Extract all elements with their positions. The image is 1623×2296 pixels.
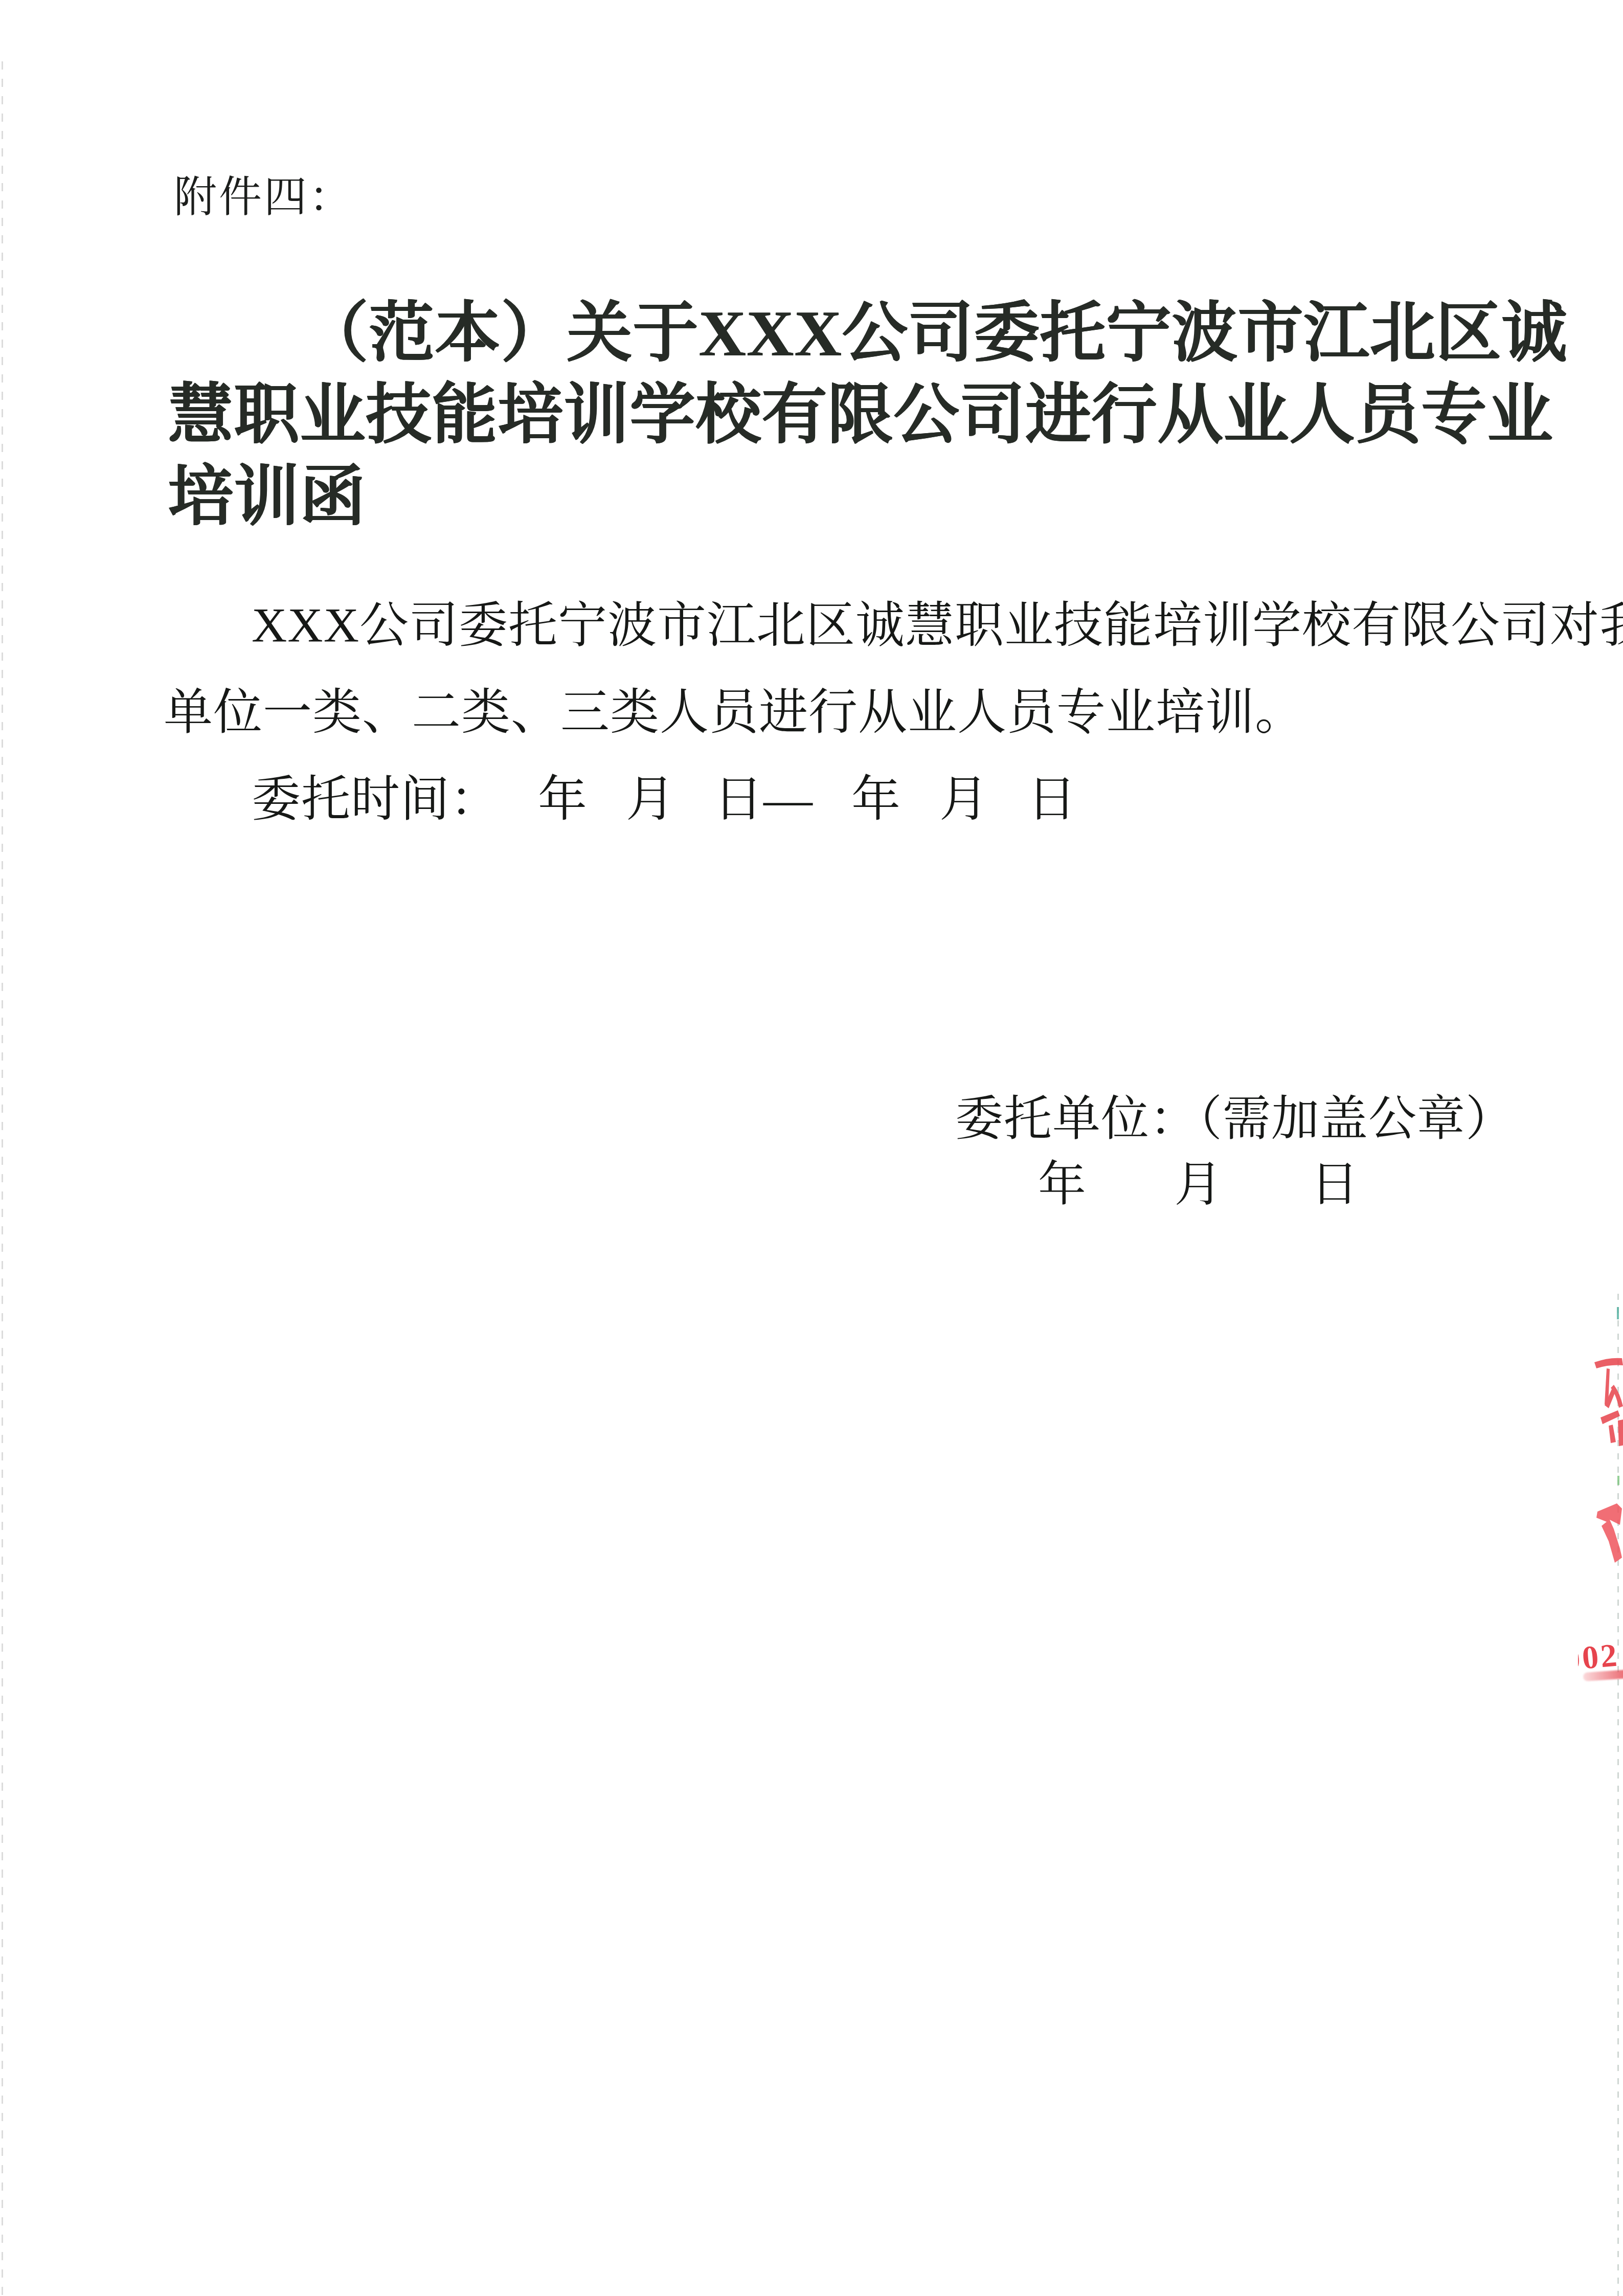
document-title-line-3: 培训函 [168,444,366,538]
scan-edge-line-left [2,61,3,2296]
attachment-label: 附件四： [174,163,354,224]
scanned-document-page: 附件四： （范本）关于XXX公司委托宁波市江北区诚 慧职业技能培训学校有限公司进… [0,0,1623,2296]
body-paragraph-line-1: XXX公司委托宁波市江北区诚慧职业技能培训学校有限公司对我 [252,586,1623,656]
body-paragraph-line-2: 单位一类、二类、三类人员进行从业人员专业培训。 [164,673,1304,743]
seal-digit-clip-mask [1552,1631,1578,1677]
scan-artifact-green-dash [1617,1476,1619,1485]
document-title-line-2: 慧职业技能培训学校有限公司进行从业人员专业 [168,362,1553,456]
signature-date-line: 年 月 日 [1038,1145,1359,1214]
seal-character-fragment-icon [1593,1355,1623,1451]
document-title-line-1: （范本）关于XXX公司委托宁波市江北区诚 [303,280,1567,374]
commission-time-line: 委托时间： 年 月 日— 年 月 日 [252,760,1077,830]
signature-unit-line: 委托单位：（需加盖公章） [955,1080,1514,1149]
seal-star-fragment-icon [1594,1502,1623,1568]
scan-artifact-teal-dash [1617,1307,1619,1319]
